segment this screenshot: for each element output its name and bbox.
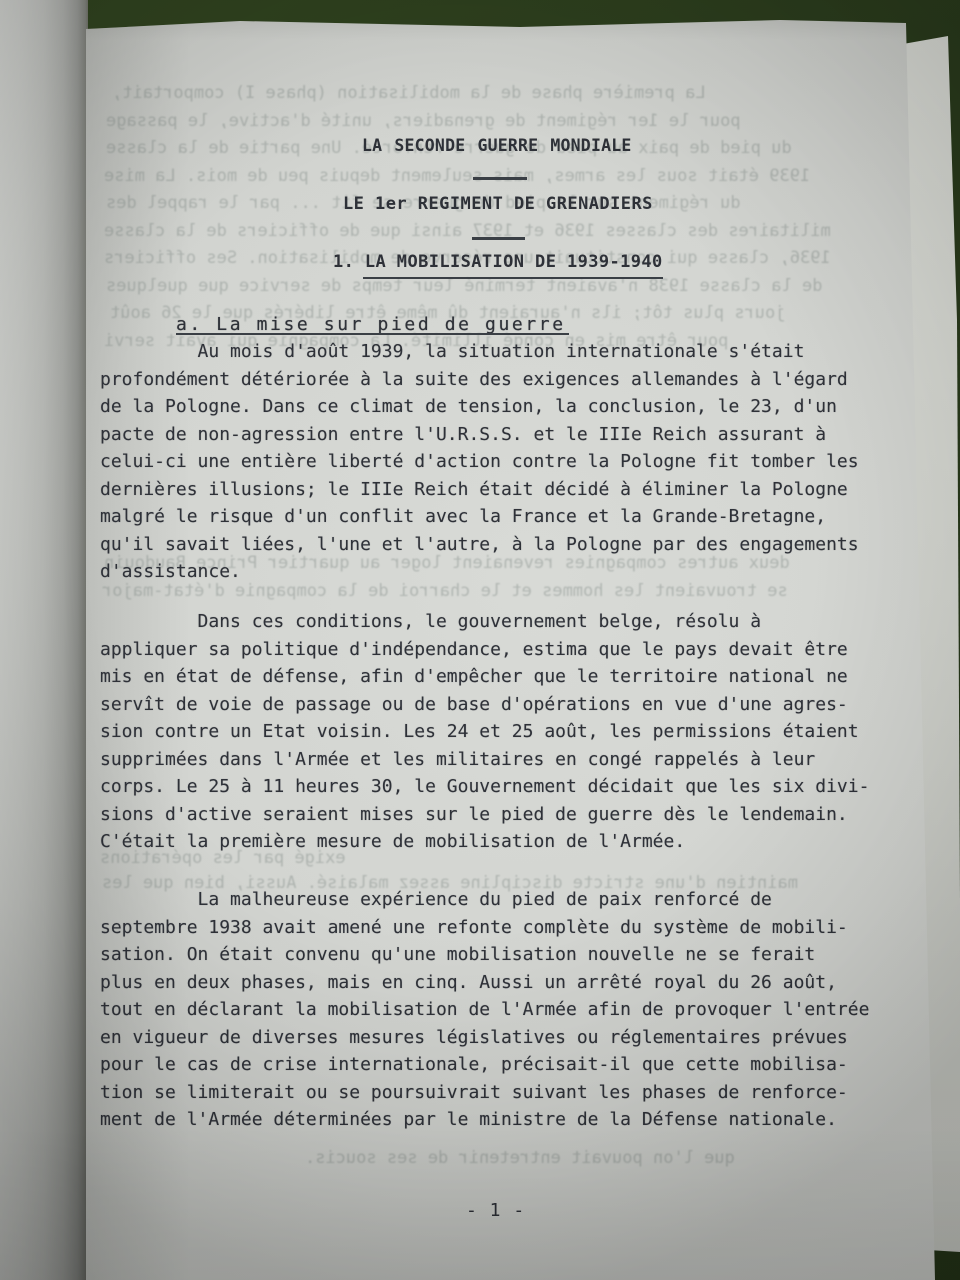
typewritten-text: LA SECONDE GUERRE MONDIALE LE 1er REGIME… <box>0 0 960 1280</box>
main-title: LA SECONDE GUERRE MONDIALE <box>362 136 631 155</box>
section-underline <box>363 277 663 279</box>
paragraph: Au mois d'août 1939, la situation intern… <box>100 338 900 586</box>
subsection-underline <box>176 333 569 335</box>
paragraph: La malheureuse expérience du pied de pai… <box>100 886 900 1134</box>
regiment-divider-line <box>472 237 525 240</box>
photo-of-typewritten-page: La première phase de la mobilisation (ph… <box>0 0 960 1280</box>
section-heading: 1. LA MOBILISATION DE 1939-1940 <box>333 252 663 272</box>
page-number: - 1 - <box>466 1200 525 1221</box>
paragraph: Dans ces conditions, le gouvernement bel… <box>100 608 900 856</box>
regiment-title: LE 1er REGIMENT DE GRENADIERS <box>343 194 653 214</box>
subsection-heading: a. La mise sur pied de guerre <box>176 314 566 335</box>
title-divider-line <box>473 177 527 180</box>
